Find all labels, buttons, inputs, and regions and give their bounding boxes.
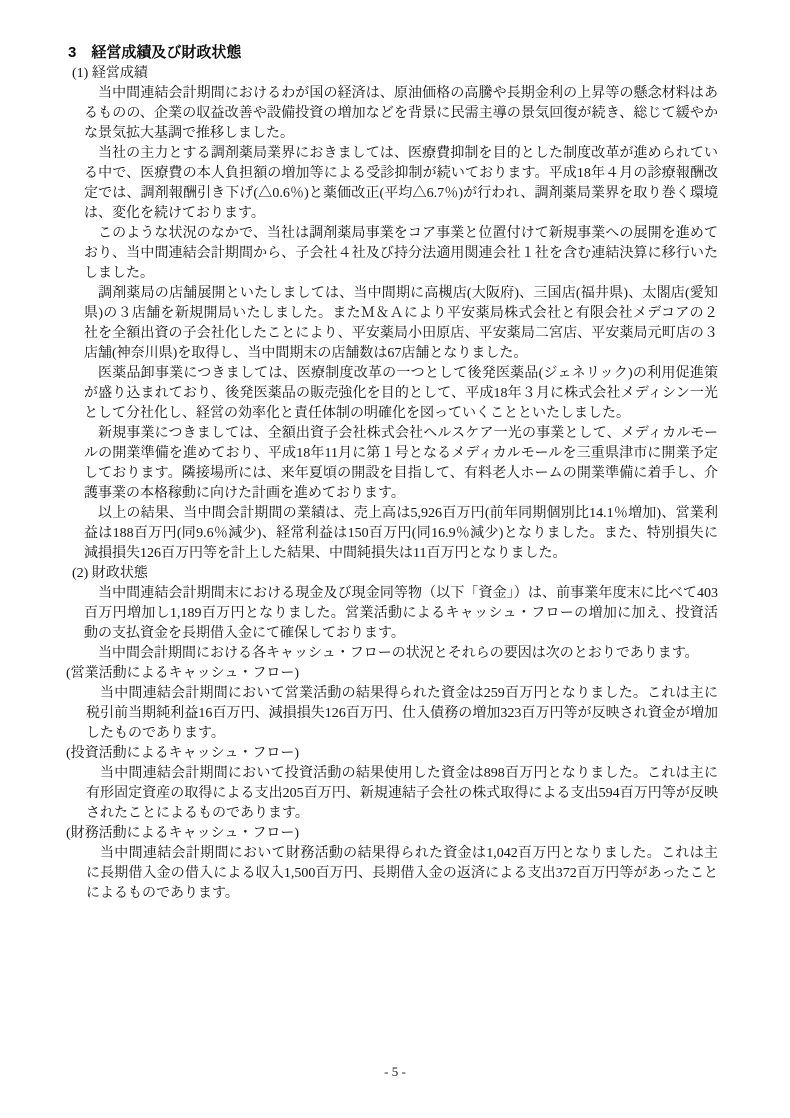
cashflow-paragraph: 当中間連結会計期間において財務活動の結果得られた資金は1,042百万円となりまし… <box>86 844 718 904</box>
paragraph: 当中間連結会計期間におけるわが国の経済は、原油価格の高騰や長期金利の上昇等の懸念… <box>84 84 718 144</box>
cashflow-label: (投資活動によるキャッシュ・フロー) <box>66 744 718 764</box>
item-heading: (1) 経営成績 <box>72 64 718 84</box>
cashflow-label: (財務活動によるキャッシュ・フロー) <box>66 824 718 844</box>
paragraph: 当社の主力とする調剤薬局業界におきましては、医療費抑制を目的とした制度改革が進め… <box>84 144 718 224</box>
paragraph: 新規事業につきましては、全額出資子会社株式会社ヘルスケア一光の事業として、メディ… <box>84 424 718 504</box>
cashflow-label: (営業活動によるキャッシュ・フロー) <box>66 664 718 684</box>
paragraph: 調剤薬局の店舗展開といたしましては、当中間期に高槻店(大阪府)、三国店(福井県)… <box>84 284 718 364</box>
paragraph: 当中間会計期間における各キャッシュ・フローの状況とそれらの要因は次のとおりであり… <box>84 644 718 664</box>
document-blocks: (1) 経営成績当中間連結会計期間におけるわが国の経済は、原油価格の高騰や長期金… <box>66 64 718 904</box>
report-page: 3 経営成績及び財政状態 (1) 経営成績当中間連結会計期間におけるわが国の経済… <box>0 0 790 1118</box>
cashflow-paragraph: 当中間連結会計期間において営業活動の結果得られた資金は259百万円となりました。… <box>86 684 718 744</box>
paragraph: このような状況のなかで、当社は調剤薬局事業をコア事業と位置付けて新規事業への展開… <box>84 224 718 284</box>
paragraph: 以上の結果、当中間会計期間の業績は、売上高は5,926百万円(前年同期個別比14… <box>84 504 718 564</box>
paragraph: 当中間連結会計期間末における現金及び現金同等物（以下「資金」）は、前事業年度末に… <box>84 584 718 644</box>
page-number: - 5 - <box>0 1064 790 1080</box>
paragraph: 医薬品卸事業につきましては、医療制度改革の一つとして後発医薬品(ジェネリック)の… <box>84 364 718 424</box>
item-heading: (2) 財政状態 <box>72 564 718 584</box>
report-content: 3 経営成績及び財政状態 (1) 経営成績当中間連結会計期間におけるわが国の経済… <box>0 0 790 904</box>
section-heading: 3 経営成績及び財政状態 <box>68 42 718 64</box>
cashflow-paragraph: 当中間連結会計期間において投資活動の結果使用した資金は898百万円となりました。… <box>86 764 718 824</box>
document-page: { "document": { "heading": "3 経営成績及び財政状態… <box>0 0 790 1118</box>
